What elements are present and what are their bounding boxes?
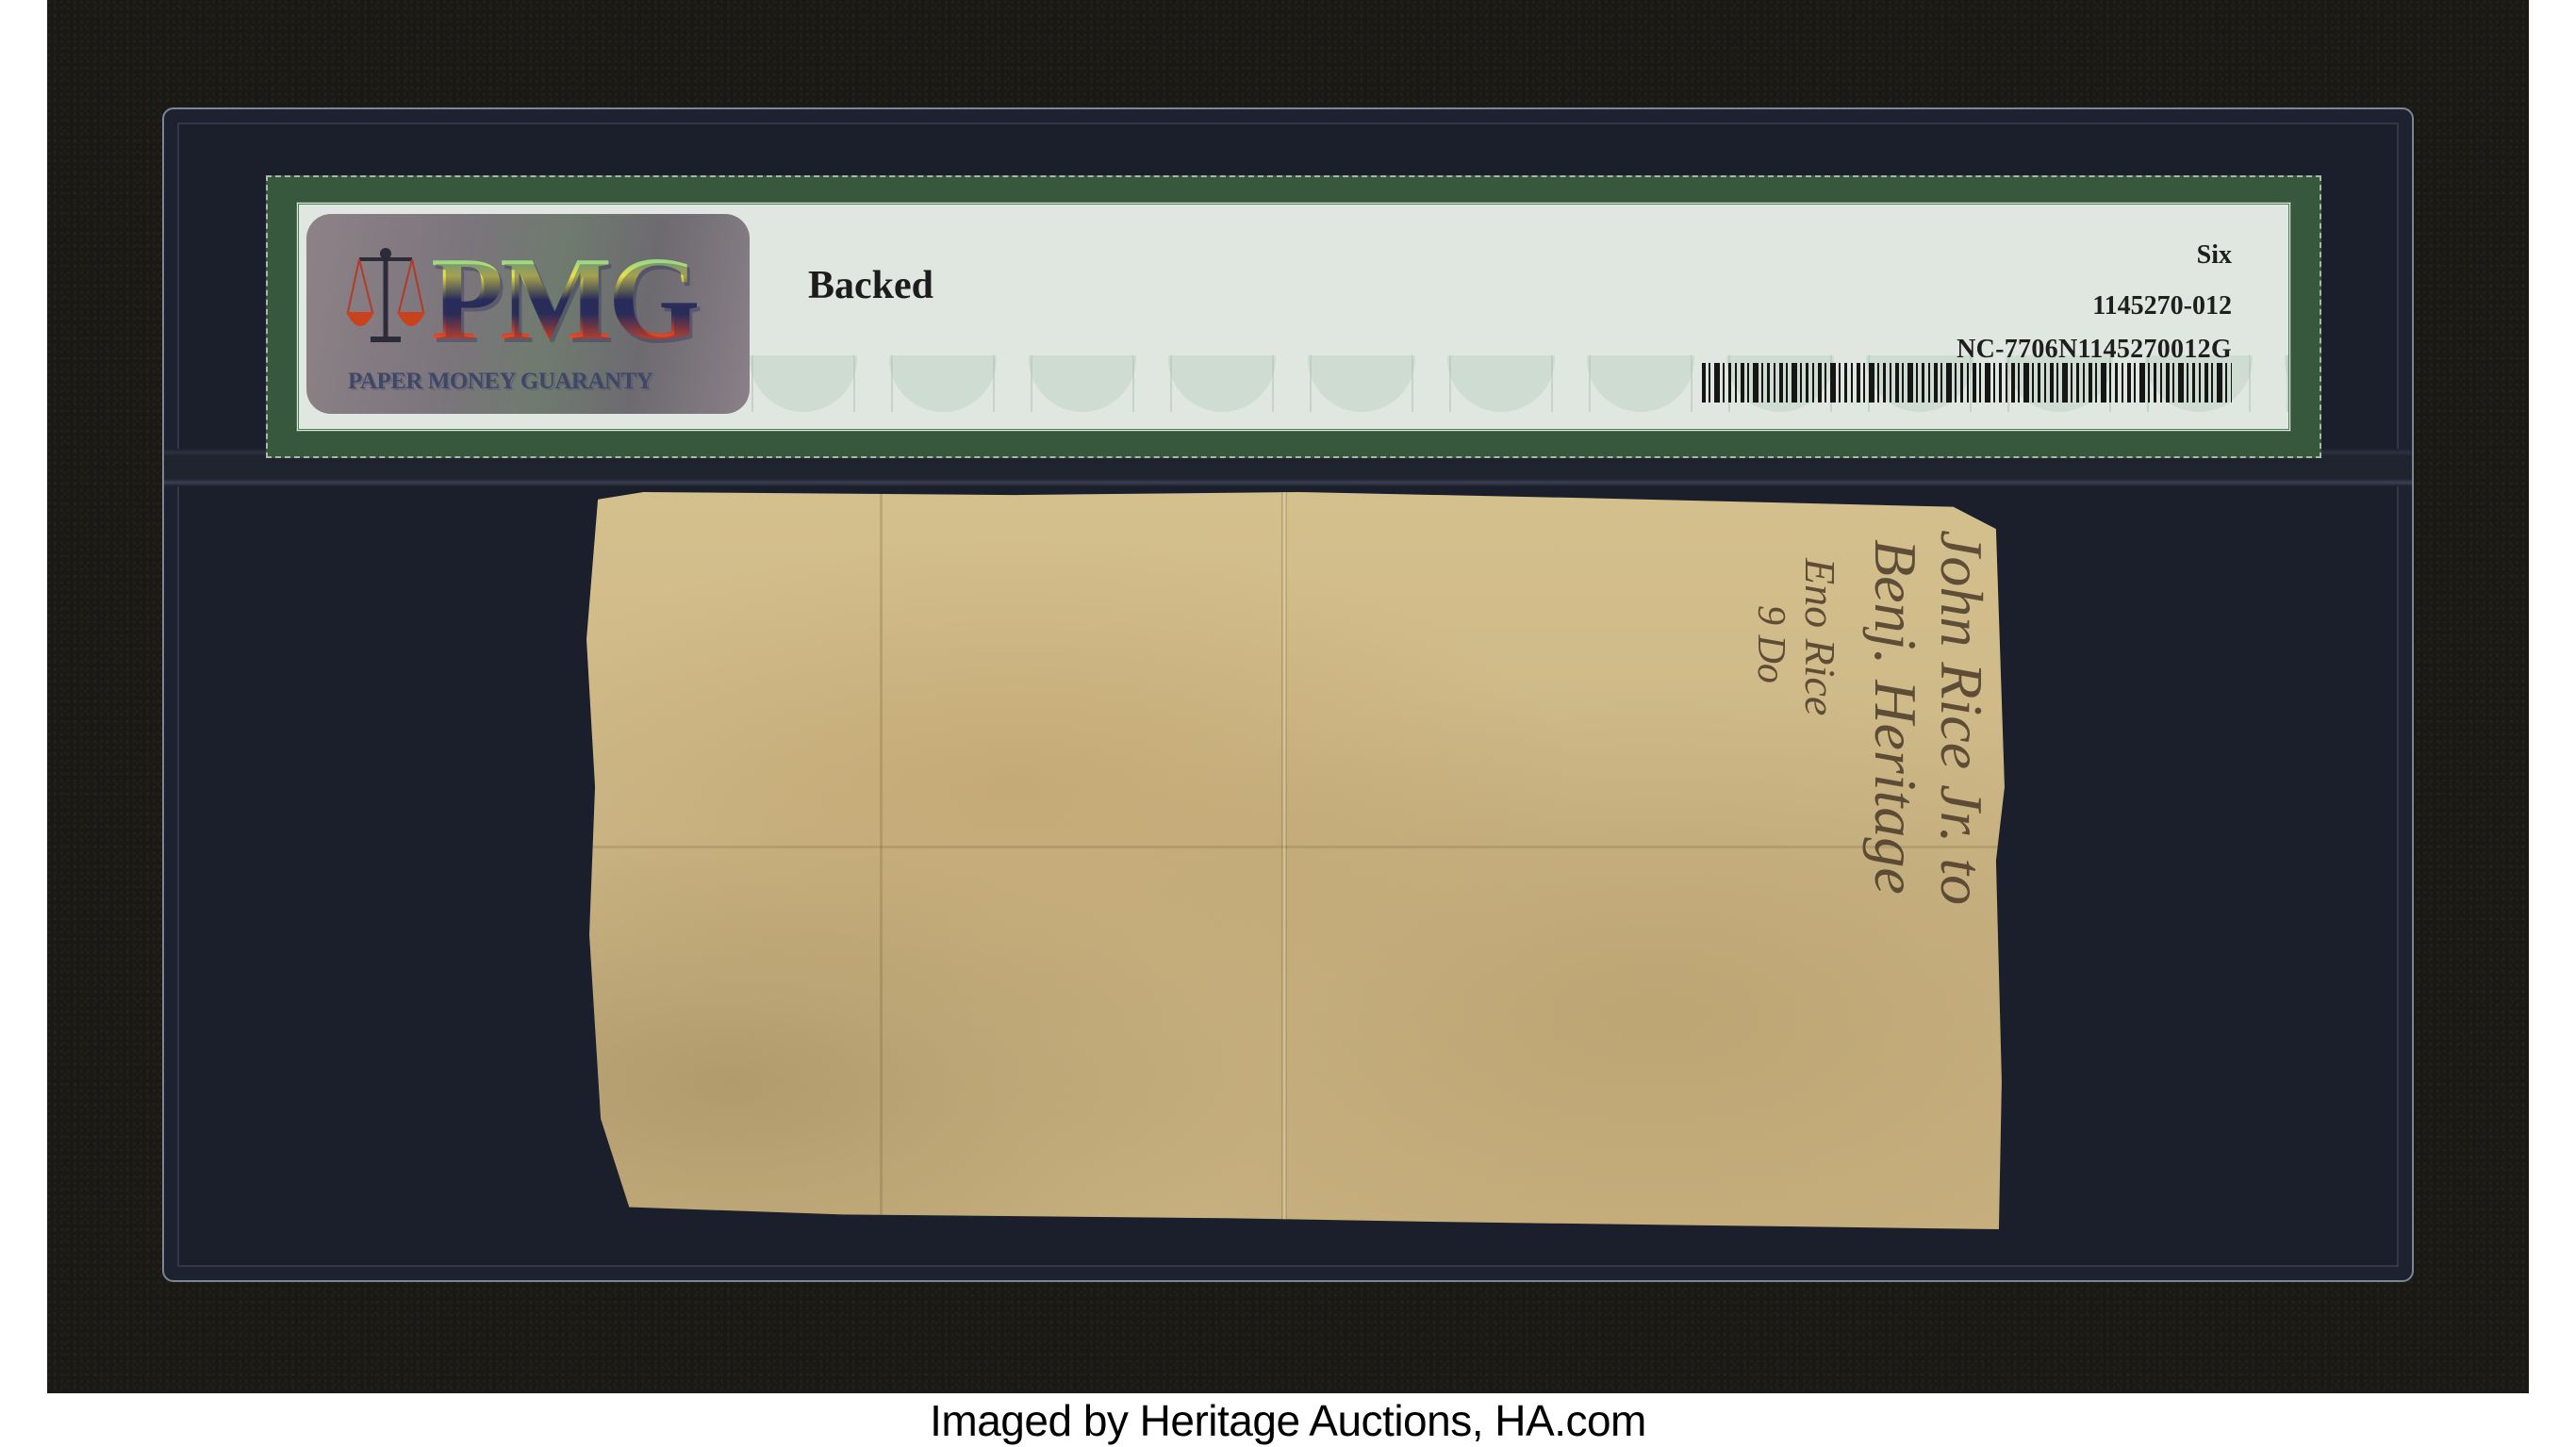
endorsement-line: Eno Rice bbox=[1795, 558, 1845, 715]
cert-number: 1145270-012 bbox=[1957, 291, 2232, 321]
endorsement-line: Benj. Heritage bbox=[1860, 539, 1930, 895]
pmg-logo-subtitle: PAPER MONEY GUARANTY bbox=[348, 369, 652, 395]
barcode bbox=[1702, 363, 2232, 403]
catalog-code: NC-7706N1145270012G bbox=[1957, 335, 2232, 365]
label-panel: PMG PAPER MONEY GUARANTY Backed Six 1145… bbox=[296, 202, 2291, 432]
handwritten-endorsement: John Rice Jr. to Benj. Heritage Eno Rice… bbox=[1680, 492, 2010, 1229]
grade-designation: Backed bbox=[808, 263, 933, 308]
banknote-back: John Rice Jr. to Benj. Heritage Eno Rice… bbox=[586, 492, 2010, 1229]
fold-line bbox=[880, 492, 883, 1229]
denomination: Six bbox=[1957, 240, 2232, 271]
pmg-grading-label: PMG PAPER MONEY GUARANTY Backed Six 1145… bbox=[266, 175, 2321, 458]
endorsement-line: 9 Do bbox=[1748, 605, 1793, 683]
label-details: Six 1145270-012 NC-7706N1145270012G bbox=[1957, 240, 2232, 365]
image-credit-caption: Imaged by Heritage Auctions, HA.com bbox=[0, 1395, 2576, 1447]
scales-of-justice-icon bbox=[346, 246, 425, 348]
pmg-logo-text: PMG bbox=[431, 240, 697, 359]
center-fold bbox=[1281, 492, 1287, 1229]
endorsement-line: John Rice Jr. to bbox=[1926, 530, 1996, 905]
pmg-hologram-logo: PMG PAPER MONEY GUARANTY bbox=[306, 214, 750, 414]
